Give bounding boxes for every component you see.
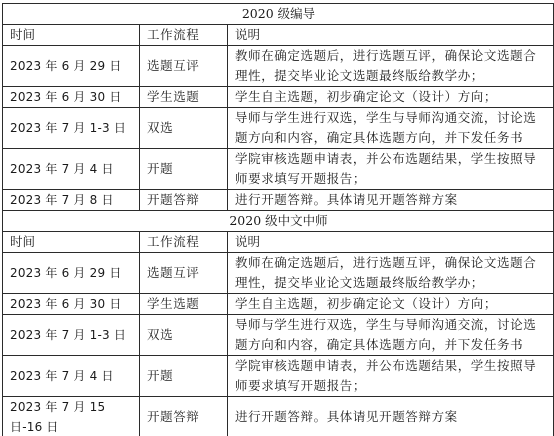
table-row: 2023 年 7 月 1-3 日 双选 导师与学生进行双选，学生与导师沟通交流，… xyxy=(3,315,554,356)
section-title: 2020 级中文中师 xyxy=(3,211,554,232)
section-title-row: 2020 级中文中师 xyxy=(3,211,554,232)
step-cell: 开题 xyxy=(140,356,228,397)
section-title-row: 2020 级编导 xyxy=(3,4,554,25)
step-cell: 双选 xyxy=(140,315,228,356)
desc-cell: 导师与学生进行双选，学生与导师沟通交流，讨论选题方向和内容，确定具体选题方向，并… xyxy=(228,108,554,149)
date-cell: 2023 年 6 月 29 日 xyxy=(3,253,140,294)
header-step: 工作流程 xyxy=(140,25,228,46)
table-row: 2023 年 6 月 29 日 选题互评 教师在确定选题后，进行选题互评，确保论… xyxy=(3,253,554,294)
date-cell: 2023 年 7 月 1-3 日 xyxy=(3,315,140,356)
desc-cell: 学生自主选题，初步确定论文（设计）方向； xyxy=(228,294,554,315)
column-header-row: 时间 工作流程 说明 xyxy=(3,25,554,46)
table-row: 2023 年 7 月 8 日 开题答辩 进行开题答辩。具体请见开题答辩方案 xyxy=(3,190,554,211)
date-cell: 2023 年 6 月 29 日 xyxy=(3,46,140,87)
header-desc: 说明 xyxy=(228,25,554,46)
desc-cell: 导师与学生进行双选，学生与导师沟通交流，讨论选题方向和内容，确定具体选题方向，并… xyxy=(228,315,554,356)
header-step: 工作流程 xyxy=(140,232,228,253)
date-cell: 2023 年 7 月 1-3 日 xyxy=(3,108,140,149)
date-cell: 2023 年 7 月 8 日 xyxy=(3,190,140,211)
table-row: 2023 年 7 月 1-3 日 双选 导师与学生进行双选，学生与导师沟通交流，… xyxy=(3,108,554,149)
date-cell: 2023 年 7 月 15 日-16 日 xyxy=(3,397,140,436)
section-title: 2020 级编导 xyxy=(3,4,554,25)
step-cell: 学生选题 xyxy=(140,87,228,108)
step-cell: 开题 xyxy=(140,149,228,190)
table-row: 2023 年 6 月 29 日 选题互评 教师在确定选题后，进行选题互评，确保论… xyxy=(3,46,554,87)
column-header-row: 时间 工作流程 说明 xyxy=(3,232,554,253)
desc-cell: 学院审核选题申请表，并公布选题结果，学生按照导师要求填写开题报告； xyxy=(228,149,554,190)
date-cell: 2023 年 6 月 30 日 xyxy=(3,294,140,315)
table-row: 2023 年 6 月 30 日 学生选题 学生自主选题，初步确定论文（设计）方向… xyxy=(3,87,554,108)
header-desc: 说明 xyxy=(228,232,554,253)
date-cell: 2023 年 6 月 30 日 xyxy=(3,87,140,108)
step-cell: 开题答辩 xyxy=(140,190,228,211)
desc-cell: 教师在确定选题后，进行选题互评，确保论文选题合理性，提交毕业论文选题最终版给教学… xyxy=(228,253,554,294)
step-cell: 选题互评 xyxy=(140,46,228,87)
date-cell: 2023 年 7 月 4 日 xyxy=(3,356,140,397)
table-row: 2023 年 7 月 15 日-16 日 开题答辩 进行开题答辩。具体请见开题答… xyxy=(3,397,554,436)
date-cell: 2023 年 7 月 4 日 xyxy=(3,149,140,190)
desc-cell: 进行开题答辩。具体请见开题答辩方案 xyxy=(228,190,554,211)
step-cell: 选题互评 xyxy=(140,253,228,294)
step-cell: 双选 xyxy=(140,108,228,149)
desc-cell: 学院审核选题申请表，并公布选题结果，学生按照导师要求填写开题报告； xyxy=(228,356,554,397)
header-date: 时间 xyxy=(3,25,140,46)
header-date: 时间 xyxy=(3,232,140,253)
step-cell: 学生选题 xyxy=(140,294,228,315)
table-row: 2023 年 7 月 4 日 开题 学院审核选题申请表，并公布选题结果，学生按照… xyxy=(3,149,554,190)
schedule-table: 2020 级编导 时间 工作流程 说明 2023 年 6 月 29 日 选题互评… xyxy=(2,3,554,436)
table-row: 2023 年 7 月 4 日 开题 学院审核选题申请表，并公布选题结果，学生按照… xyxy=(3,356,554,397)
table-row: 2023 年 6 月 30 日 学生选题 学生自主选题，初步确定论文（设计）方向… xyxy=(3,294,554,315)
step-cell: 开题答辩 xyxy=(140,397,228,436)
desc-cell: 学生自主选题，初步确定论文（设计）方向； xyxy=(228,87,554,108)
desc-cell: 教师在确定选题后，进行选题互评，确保论文选题合理性，提交毕业论文选题最终版给教学… xyxy=(228,46,554,87)
desc-cell: 进行开题答辩。具体请见开题答辩方案 xyxy=(228,397,554,436)
